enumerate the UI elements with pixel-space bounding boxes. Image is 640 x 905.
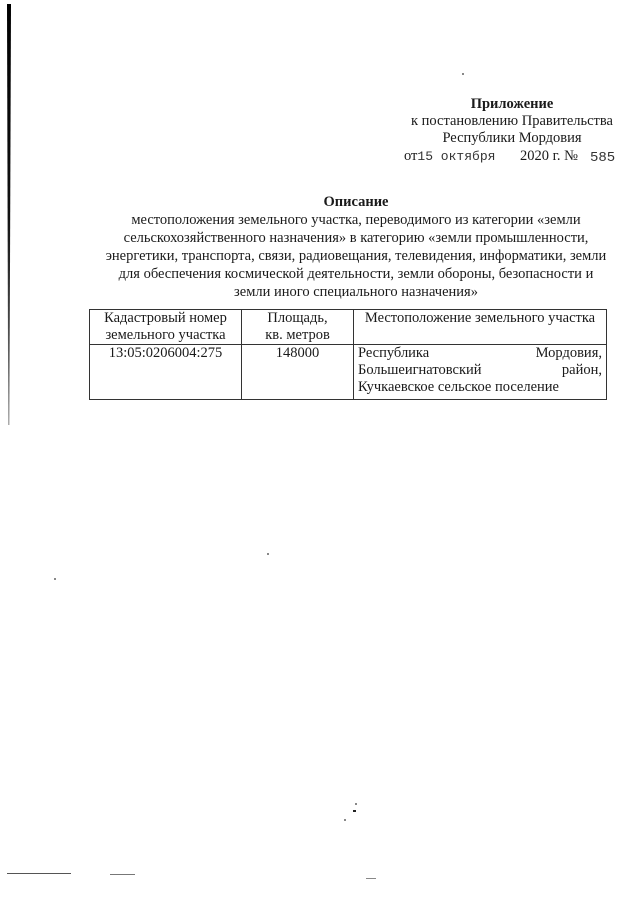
scan-noise [7,873,71,874]
cell-cadastral-number: 13:05:0206004:275 [90,345,242,400]
description-title: Описание [92,193,620,211]
appendix-line-2: Республики Мордовия [392,130,632,147]
appendix-line-1: к постановлению Правительства [392,113,632,130]
scan-noise [54,578,56,580]
header-location: Местоположение земельного участка [354,310,607,345]
scan-noise [267,553,269,555]
scan-noise [366,878,376,879]
appendix-title: Приложение [392,96,632,113]
table-row: 13:05:0206004:275 148000 Республика Морд… [90,345,607,400]
date-handwritten: 15 октября [417,149,495,164]
cell-area: 148000 [242,345,354,400]
scan-noise [355,803,357,805]
description-line: сельскохозяйственного назначения» в кате… [92,229,620,247]
description-line: земли иного специального назначения» [92,283,620,301]
appendix-header: Приложение к постановлению Правительства… [392,96,632,147]
scan-noise [462,73,464,75]
land-plot-table: Кадастровый номер земельного участка Пло… [89,309,607,400]
resolution-date-line: от15 октября 2020 г. № 585 [404,148,495,165]
resolution-number: 585 [590,150,615,166]
header-cadastral-number: Кадастровый номер земельного участка [90,310,242,345]
scan-noise [110,874,135,875]
scan-edge-line [7,4,11,425]
description-block: Описание местоположения земельного участ… [92,193,620,301]
header-area: Площадь, кв. метров [242,310,354,345]
scan-noise [353,810,356,812]
cell-location: Республика Мордовия, Большеигнатовский р… [354,345,607,400]
description-line: местоположения земельного участка, перев… [92,211,620,229]
table-header-row: Кадастровый номер земельного участка Пло… [90,310,607,345]
scan-noise [344,819,346,821]
description-line: энергетики, транспорта, связи, радиовеща… [92,247,620,265]
description-line: для обеспечения космической деятельности… [92,265,620,283]
date-prefix: от [404,148,417,164]
resolution-year: 2020 г. № [520,148,578,165]
